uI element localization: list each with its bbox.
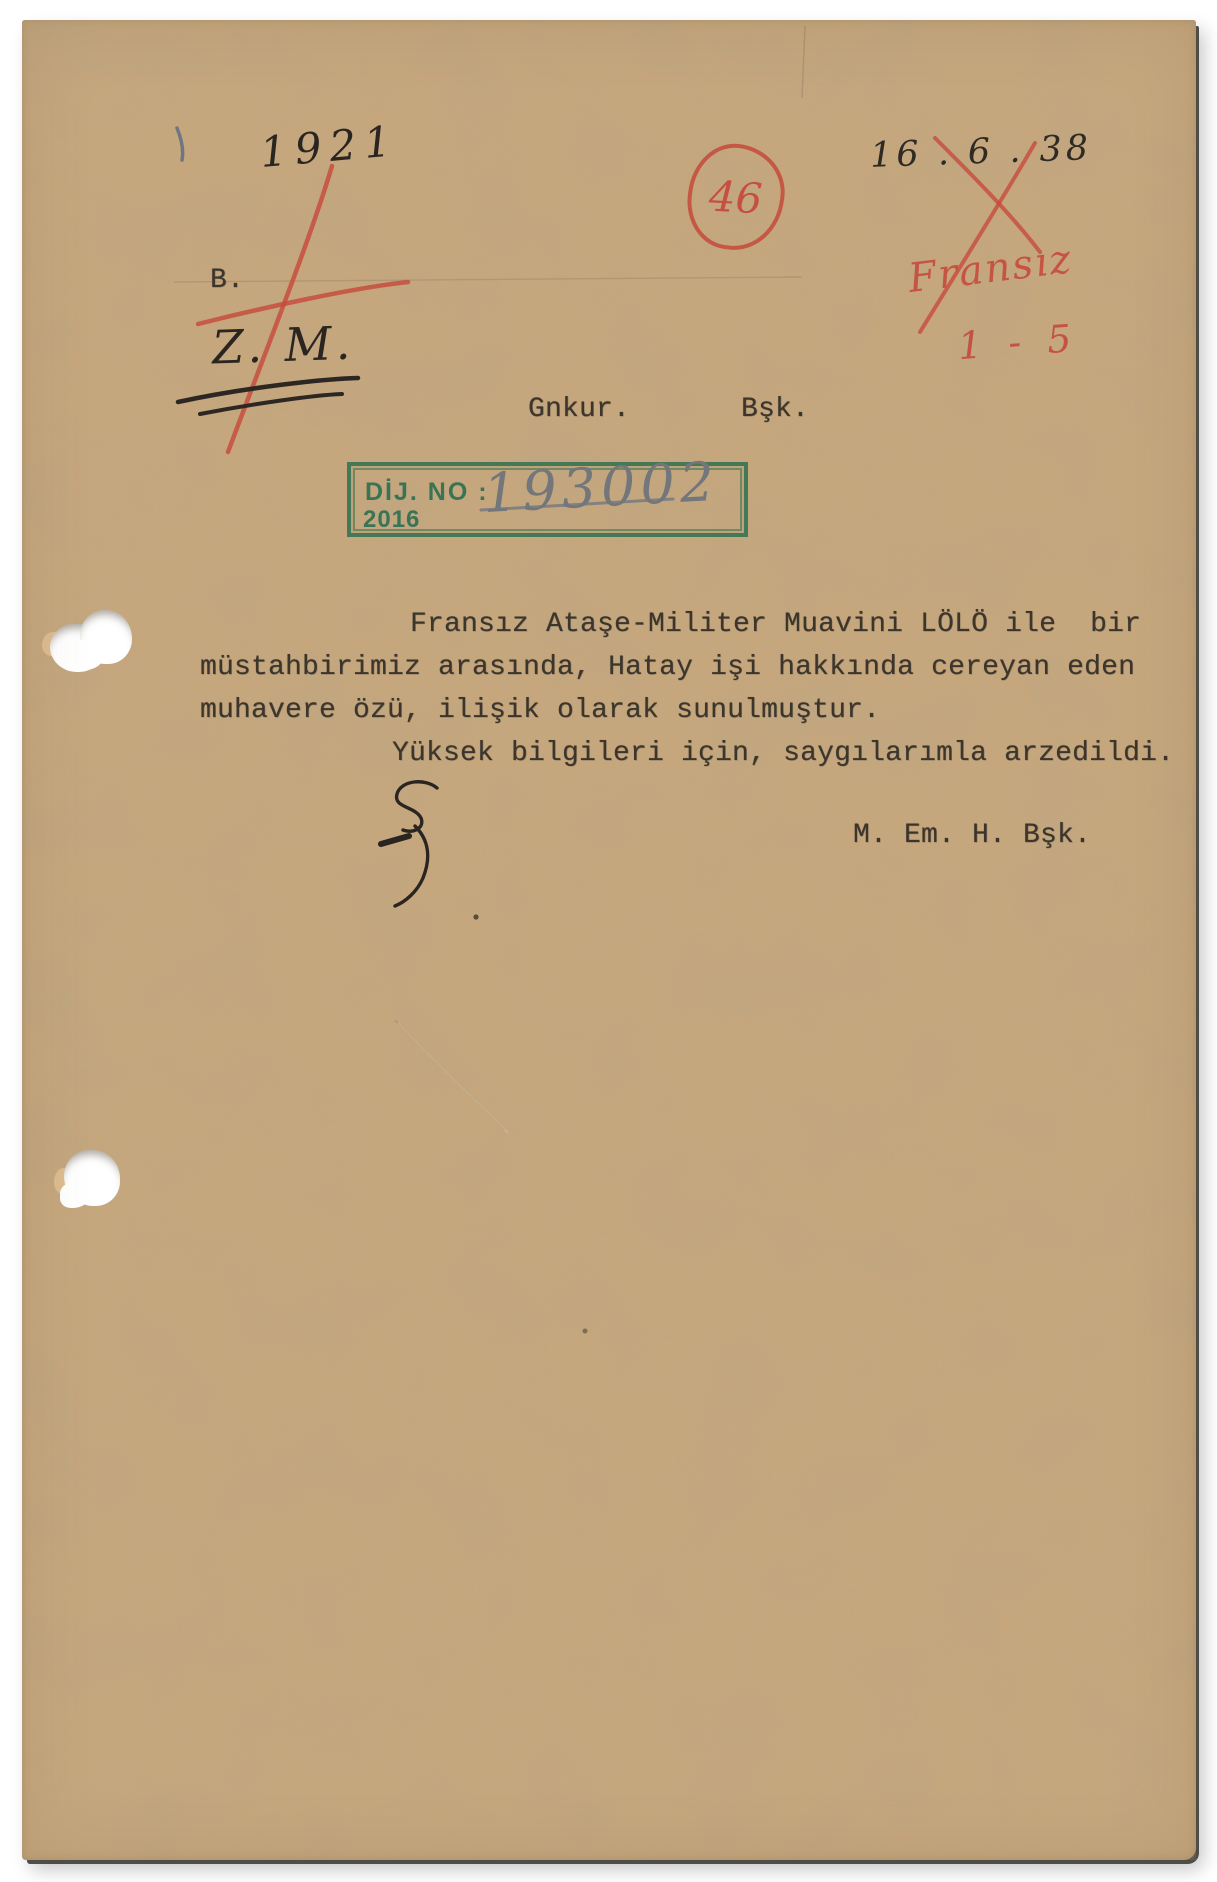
red-handwritten-word: Fransız	[906, 236, 1075, 302]
pen-tick-mark	[177, 128, 183, 160]
handwritten-initials: Z. M.	[211, 316, 355, 375]
ink-speck	[583, 1329, 588, 1334]
initials-underline-1	[178, 378, 358, 402]
crease-diagonal	[395, 1020, 505, 1130]
red-handwritten-range: 1 - 5	[957, 316, 1080, 368]
punch-hole-bottom	[54, 1148, 124, 1214]
typed-b-label: B.	[210, 264, 244, 298]
body-line-3: muhavere özü, ilişik olarak sunulmuştur.	[200, 694, 880, 728]
body-line-4: Yüksek bilgileri için, saygılarımla arze…	[392, 737, 1174, 771]
paper-edge-shading	[22, 20, 1196, 1860]
stamp-label: DİJ. NO :	[365, 478, 489, 507]
signoff-title: M. Em. H. Bşk.	[853, 819, 1091, 853]
crease-highlight	[398, 1023, 508, 1133]
crease-line	[174, 277, 802, 282]
document-page: 1921 B. Z. M. 46 16 . 6 . 38 Fransız 1 -…	[22, 20, 1196, 1860]
circled-number-value: 46	[708, 171, 764, 223]
handwritten-year-note: 1921	[258, 116, 401, 177]
paper-grain-texture	[22, 20, 1196, 1860]
initials-underline-2	[200, 394, 342, 414]
signature-period-dot	[473, 914, 478, 919]
stamp-number-handwritten: 193002	[482, 450, 721, 525]
body-line-2: müstahbirimiz arasında, Hatay işi hakkın…	[200, 651, 1135, 685]
letterhead-org: Gnkur.	[528, 393, 630, 427]
stamp-year: 2016	[363, 506, 420, 534]
body-line-1: Fransız Ataşe-Militer Muavini LÖLÖ ile b…	[410, 608, 1141, 642]
archive-stamp: DİJ. NO : 2016 193002	[347, 462, 748, 537]
paper-blotch-texture	[22, 20, 1196, 1860]
punch-hole-top	[42, 610, 132, 676]
signature-squiggle	[381, 782, 437, 906]
letterhead-title: Bşk.	[741, 393, 809, 427]
scratch-mark	[802, 26, 805, 98]
red-circled-number: 46	[682, 139, 790, 256]
paper-texture-and-ink-strokes	[22, 20, 1196, 1860]
handwritten-date: 16 . 6 . 38	[869, 128, 1092, 176]
red-cross-stroke-1	[228, 166, 332, 452]
